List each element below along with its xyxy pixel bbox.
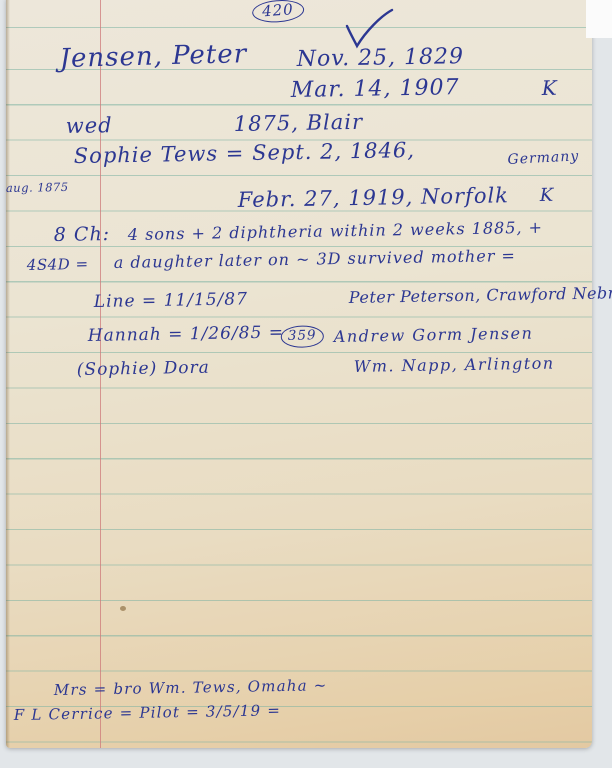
- ref-number-circle: 359: [281, 325, 324, 347]
- checkmark-icon: [340, 7, 396, 51]
- marriage-margin-note: aug. 1875: [6, 180, 69, 195]
- birth-date: Nov. 25, 1829: [297, 44, 465, 72]
- death-date: Mar. 14, 1907: [291, 75, 460, 103]
- ref-number: 359: [281, 325, 324, 347]
- child-spouse: Andrew Gorm Jensen: [334, 324, 534, 346]
- scanner-background-corner: [586, 0, 612, 38]
- children-count: 8 Ch:: [54, 223, 111, 246]
- page-number: 420: [251, 0, 304, 24]
- spouse-death-code: K: [540, 185, 555, 206]
- child-name: Line = 11/15/87: [94, 289, 248, 312]
- page-number-circle: 420: [251, 0, 304, 24]
- child-name: (Sophie) Dora: [77, 358, 210, 380]
- spouse-death: Febr. 27, 1919, Norfolk: [238, 183, 510, 212]
- marriage-year-place: 1875, Blair: [234, 110, 364, 136]
- paper-speck: [120, 606, 126, 611]
- marriage-label: wed: [66, 113, 113, 138]
- children-composition: 4S4D =: [27, 255, 89, 274]
- child-spouse: Wm. Napp, Arlington: [354, 353, 555, 376]
- child-name: Hannah = 1/26/85 =: [88, 323, 285, 346]
- death-code: K: [542, 76, 558, 100]
- scan-stage: 420 Jensen, Peter Nov. 25, 1829 Mar. 14,…: [0, 0, 612, 768]
- paper-left-edge: [6, 0, 10, 748]
- person-name: Jensen, Peter: [59, 39, 247, 74]
